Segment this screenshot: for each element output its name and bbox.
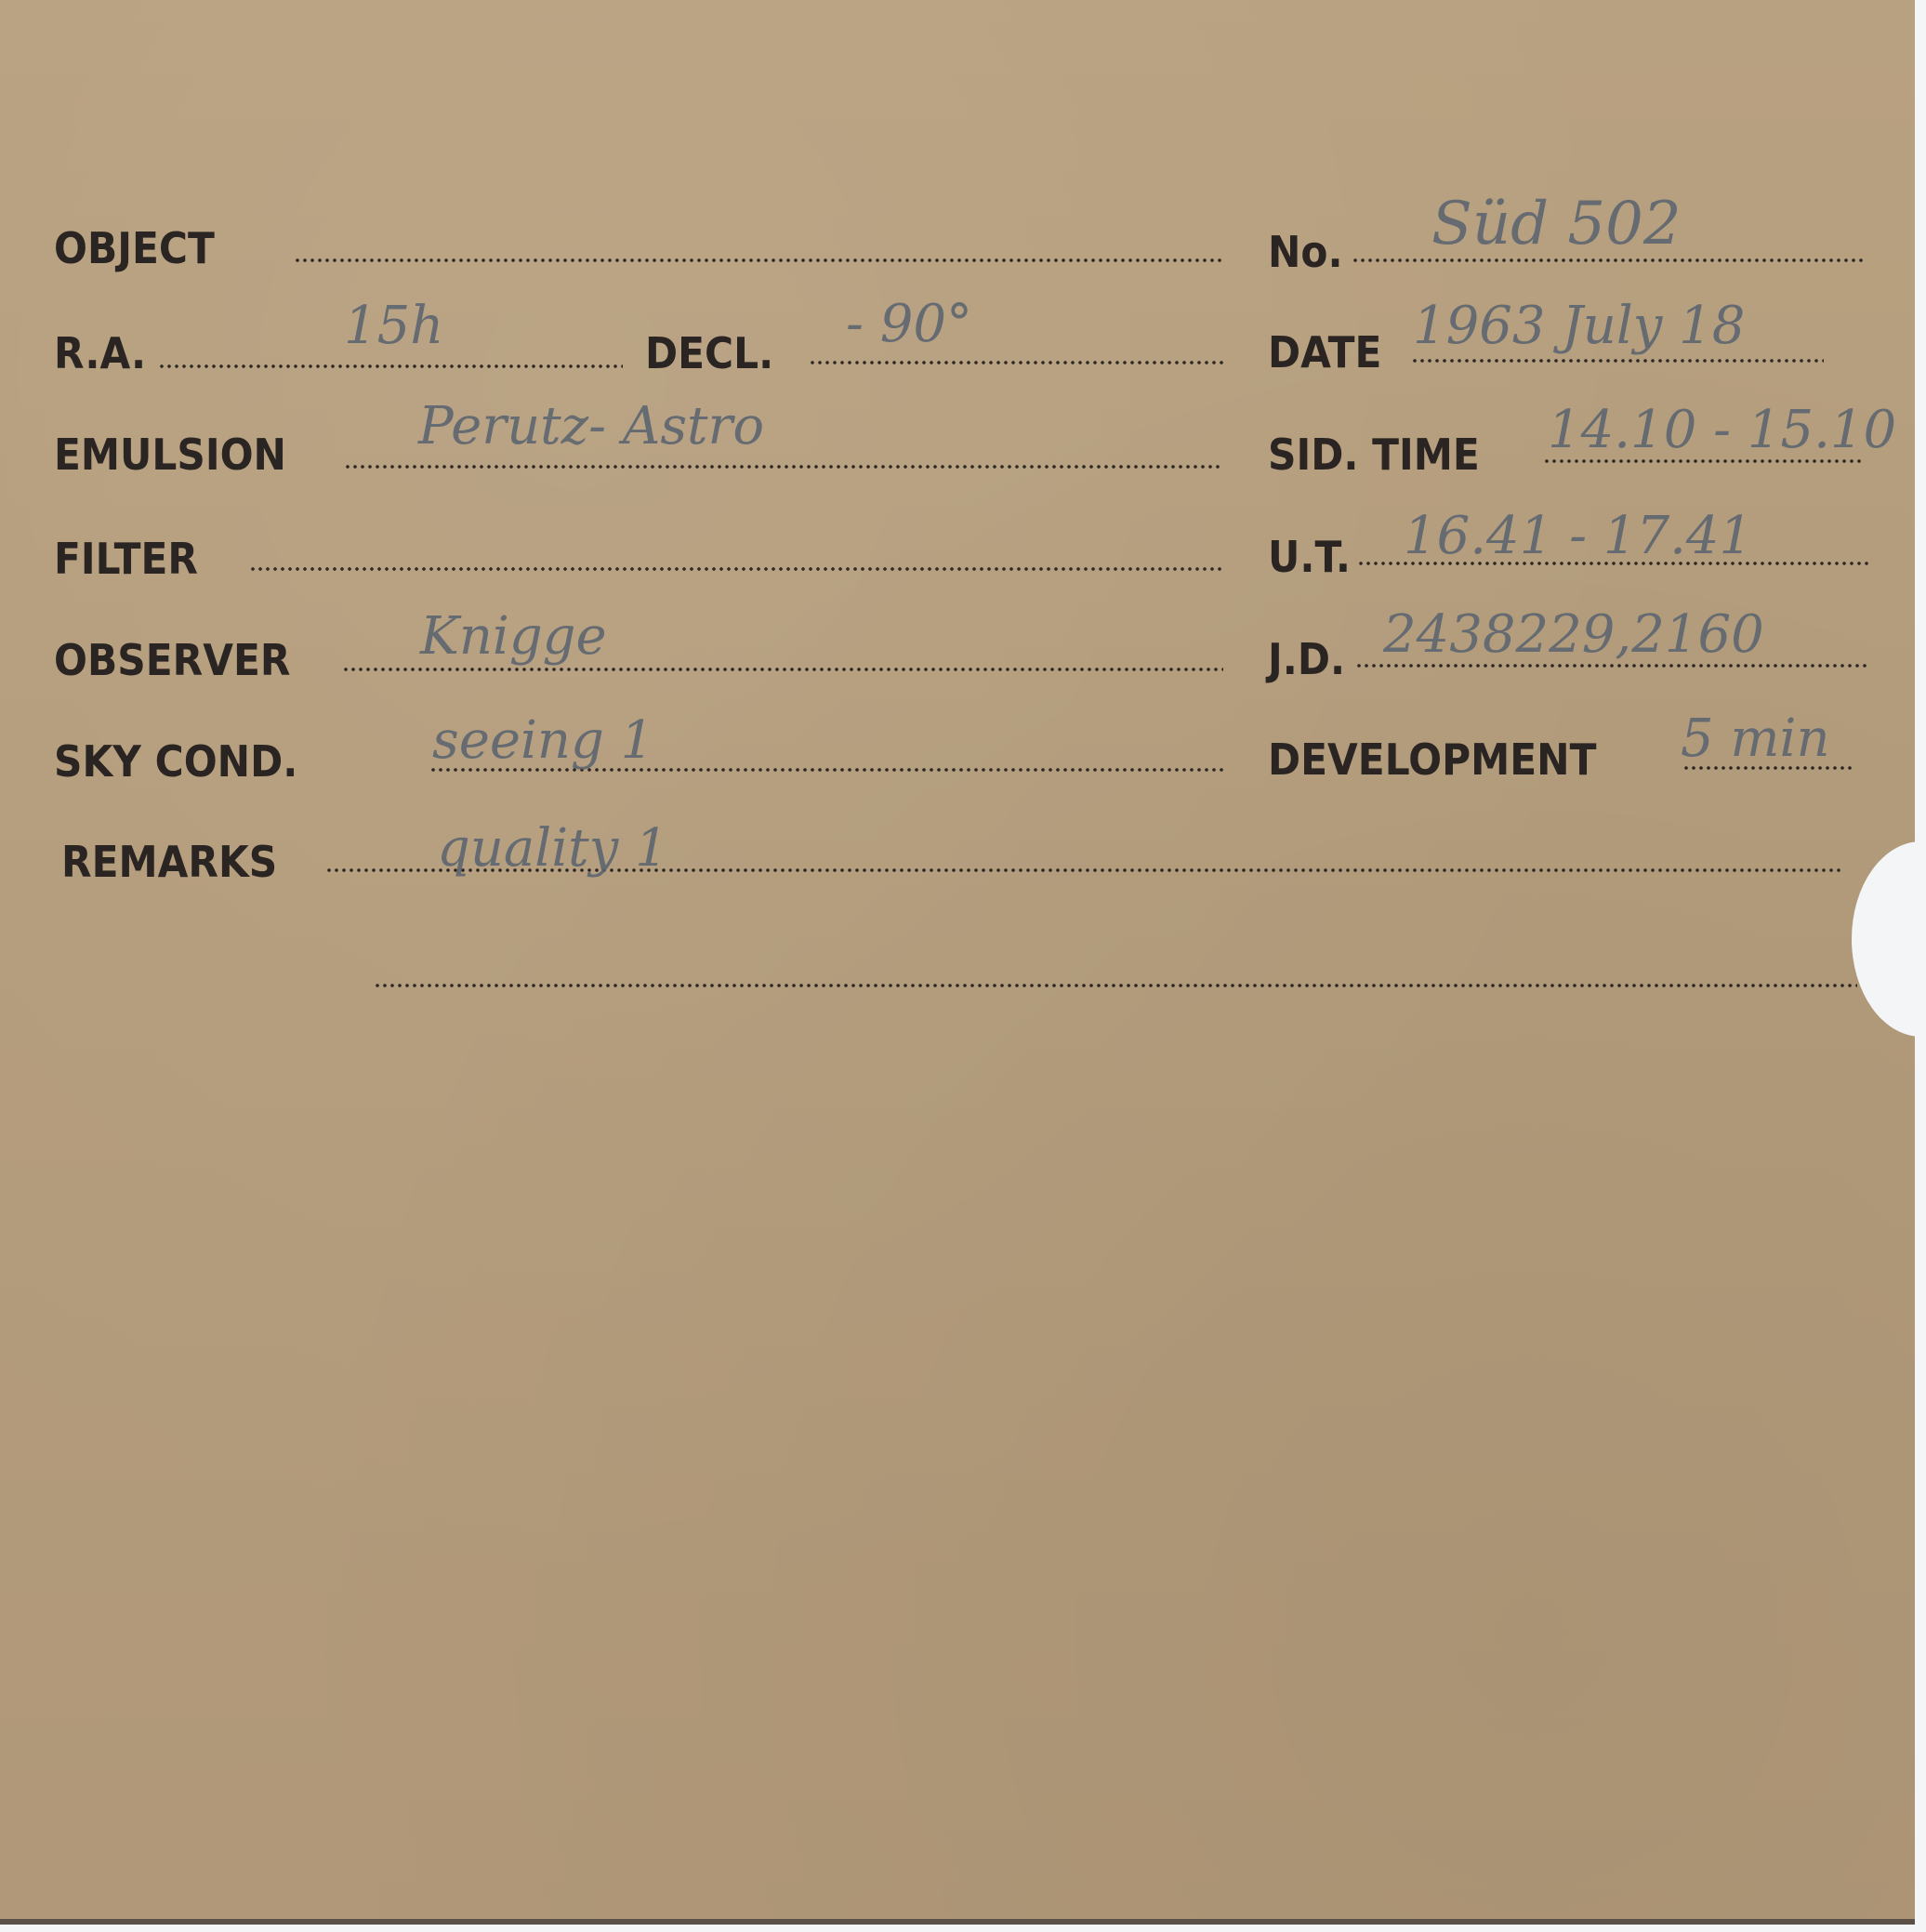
value-ra: 15h xyxy=(344,296,443,356)
plate-envelope: OBJECT R.A. 15h DECL. - 90° EMULSION Per… xyxy=(0,0,1915,1925)
label-date: DATE xyxy=(1268,327,1381,377)
label-remarks: REMARKS xyxy=(61,837,277,887)
label-sid-time: SID. TIME xyxy=(1268,430,1480,480)
value-sky-cond: seeing 1 xyxy=(432,710,653,771)
label-development: DEVELOPMENT xyxy=(1268,734,1596,785)
thumb-cutout xyxy=(1852,841,1926,1037)
value-jd: 2438229,2160 xyxy=(1383,604,1764,665)
label-sky-cond: SKY COND. xyxy=(54,736,297,787)
field-line-observer xyxy=(342,668,1223,671)
label-object: OBJECT xyxy=(54,223,215,273)
field-line-remarks-2 xyxy=(374,984,1857,987)
value-development: 5 min xyxy=(1681,708,1830,769)
field-line-object xyxy=(294,258,1223,262)
field-line-decl xyxy=(809,361,1223,364)
field-line-emulsion xyxy=(344,465,1223,469)
field-line-no xyxy=(1352,258,1867,262)
value-sid-time: 14.10 - 15.10 xyxy=(1548,400,1896,460)
label-filter: FILTER xyxy=(54,534,198,584)
value-emulsion: Perutz- Astro xyxy=(418,396,764,457)
label-jd: J.D. xyxy=(1268,634,1345,684)
label-ra: R.A. xyxy=(54,328,146,378)
value-remarks: quality 1 xyxy=(437,818,668,879)
value-no: Süd 502 xyxy=(1431,190,1682,258)
value-ut: 16.41 - 17.41 xyxy=(1404,506,1752,566)
label-decl: DECL. xyxy=(645,328,773,378)
label-emulsion: EMULSION xyxy=(54,430,286,480)
field-line-date xyxy=(1411,359,1824,363)
value-decl: - 90° xyxy=(846,294,972,354)
value-date: 1963 July 18 xyxy=(1413,296,1745,356)
label-ut: U.T. xyxy=(1268,532,1351,582)
value-observer: Knigge xyxy=(420,606,607,667)
label-observer: OBSERVER xyxy=(54,635,290,685)
field-line-filter xyxy=(249,567,1223,571)
field-line-ra xyxy=(158,364,623,368)
label-no: No. xyxy=(1268,227,1343,277)
